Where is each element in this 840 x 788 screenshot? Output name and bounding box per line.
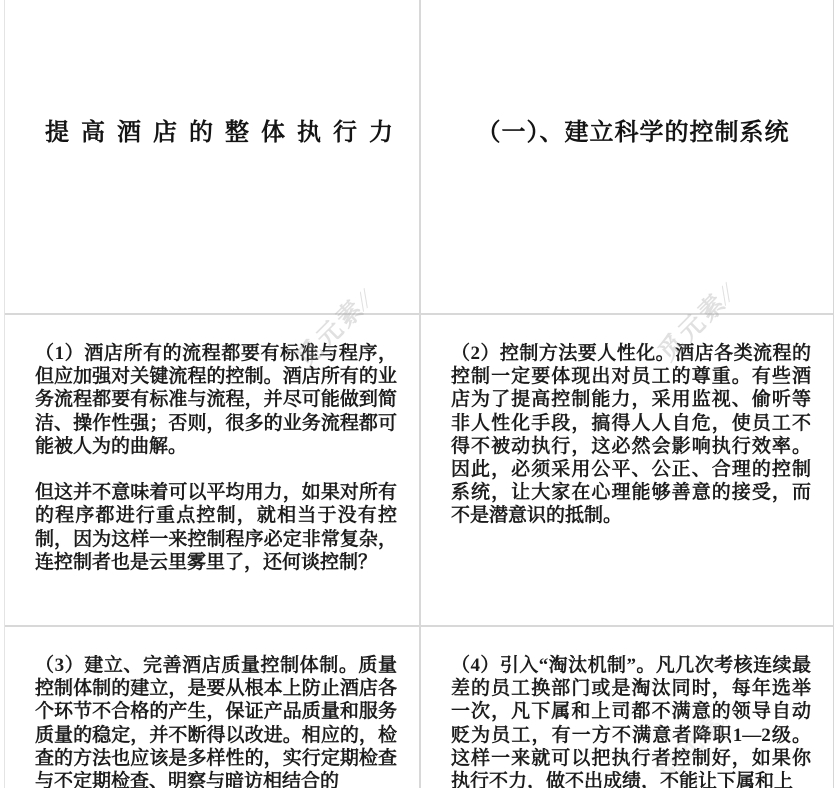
slide-6-body-text: （4）引入“淘汰机制”。凡几次考核连续最差的员工换部门或是淘汰同时，每年选举一次… xyxy=(451,654,811,788)
slide-3-body-text: （1）酒店所有的流程都要有标准与程序，但应加强对关键流程的控制。酒店所有的业务流… xyxy=(35,342,397,574)
slide-4-body-text: （2）控制方法要人性化。酒店各类流程的控制一定要体现出对员工的尊重。有些酒店为了… xyxy=(451,342,811,528)
slides-preview-page: 提高酒店的整体执行力 （一）、建立科学的控制系统 （1）酒店所有的流程都要有标准… xyxy=(0,0,840,788)
row-divider-1 xyxy=(5,313,833,315)
row-divider-2 xyxy=(5,625,833,627)
slide-1-title: 提高酒店的整体执行力 xyxy=(45,112,405,147)
page-right-border xyxy=(833,0,834,788)
slide-thumbnail-6: （4）引入“淘汰机制”。凡几次考核连续最差的员工换部门或是淘汰同时，每年选举一次… xyxy=(421,627,833,788)
slide-2-title: （一）、建立科学的控制系统 xyxy=(477,112,790,147)
slide-thumbnail-4: （2）控制方法要人性化。酒店各类流程的控制一定要体现出对员工的尊重。有些酒店为了… xyxy=(421,315,833,625)
slide-thumbnail-1: 提高酒店的整体执行力 xyxy=(5,0,419,313)
slide-thumbnail-5: （3）建立、完善酒店质量控制体制。质量控制体制的建立，是要从根本上防止酒店各个环… xyxy=(5,627,419,788)
slide-thumbnail-3: （1）酒店所有的流程都要有标准与程序，但应加强对关键流程的控制。酒店所有的业务流… xyxy=(5,315,419,625)
column-divider xyxy=(419,0,421,788)
slide-thumbnail-2: （一）、建立科学的控制系统 xyxy=(421,0,833,313)
slide-5-body-text: （3）建立、完善酒店质量控制体制。质量控制体制的建立，是要从根本上防止酒店各个环… xyxy=(35,654,397,788)
